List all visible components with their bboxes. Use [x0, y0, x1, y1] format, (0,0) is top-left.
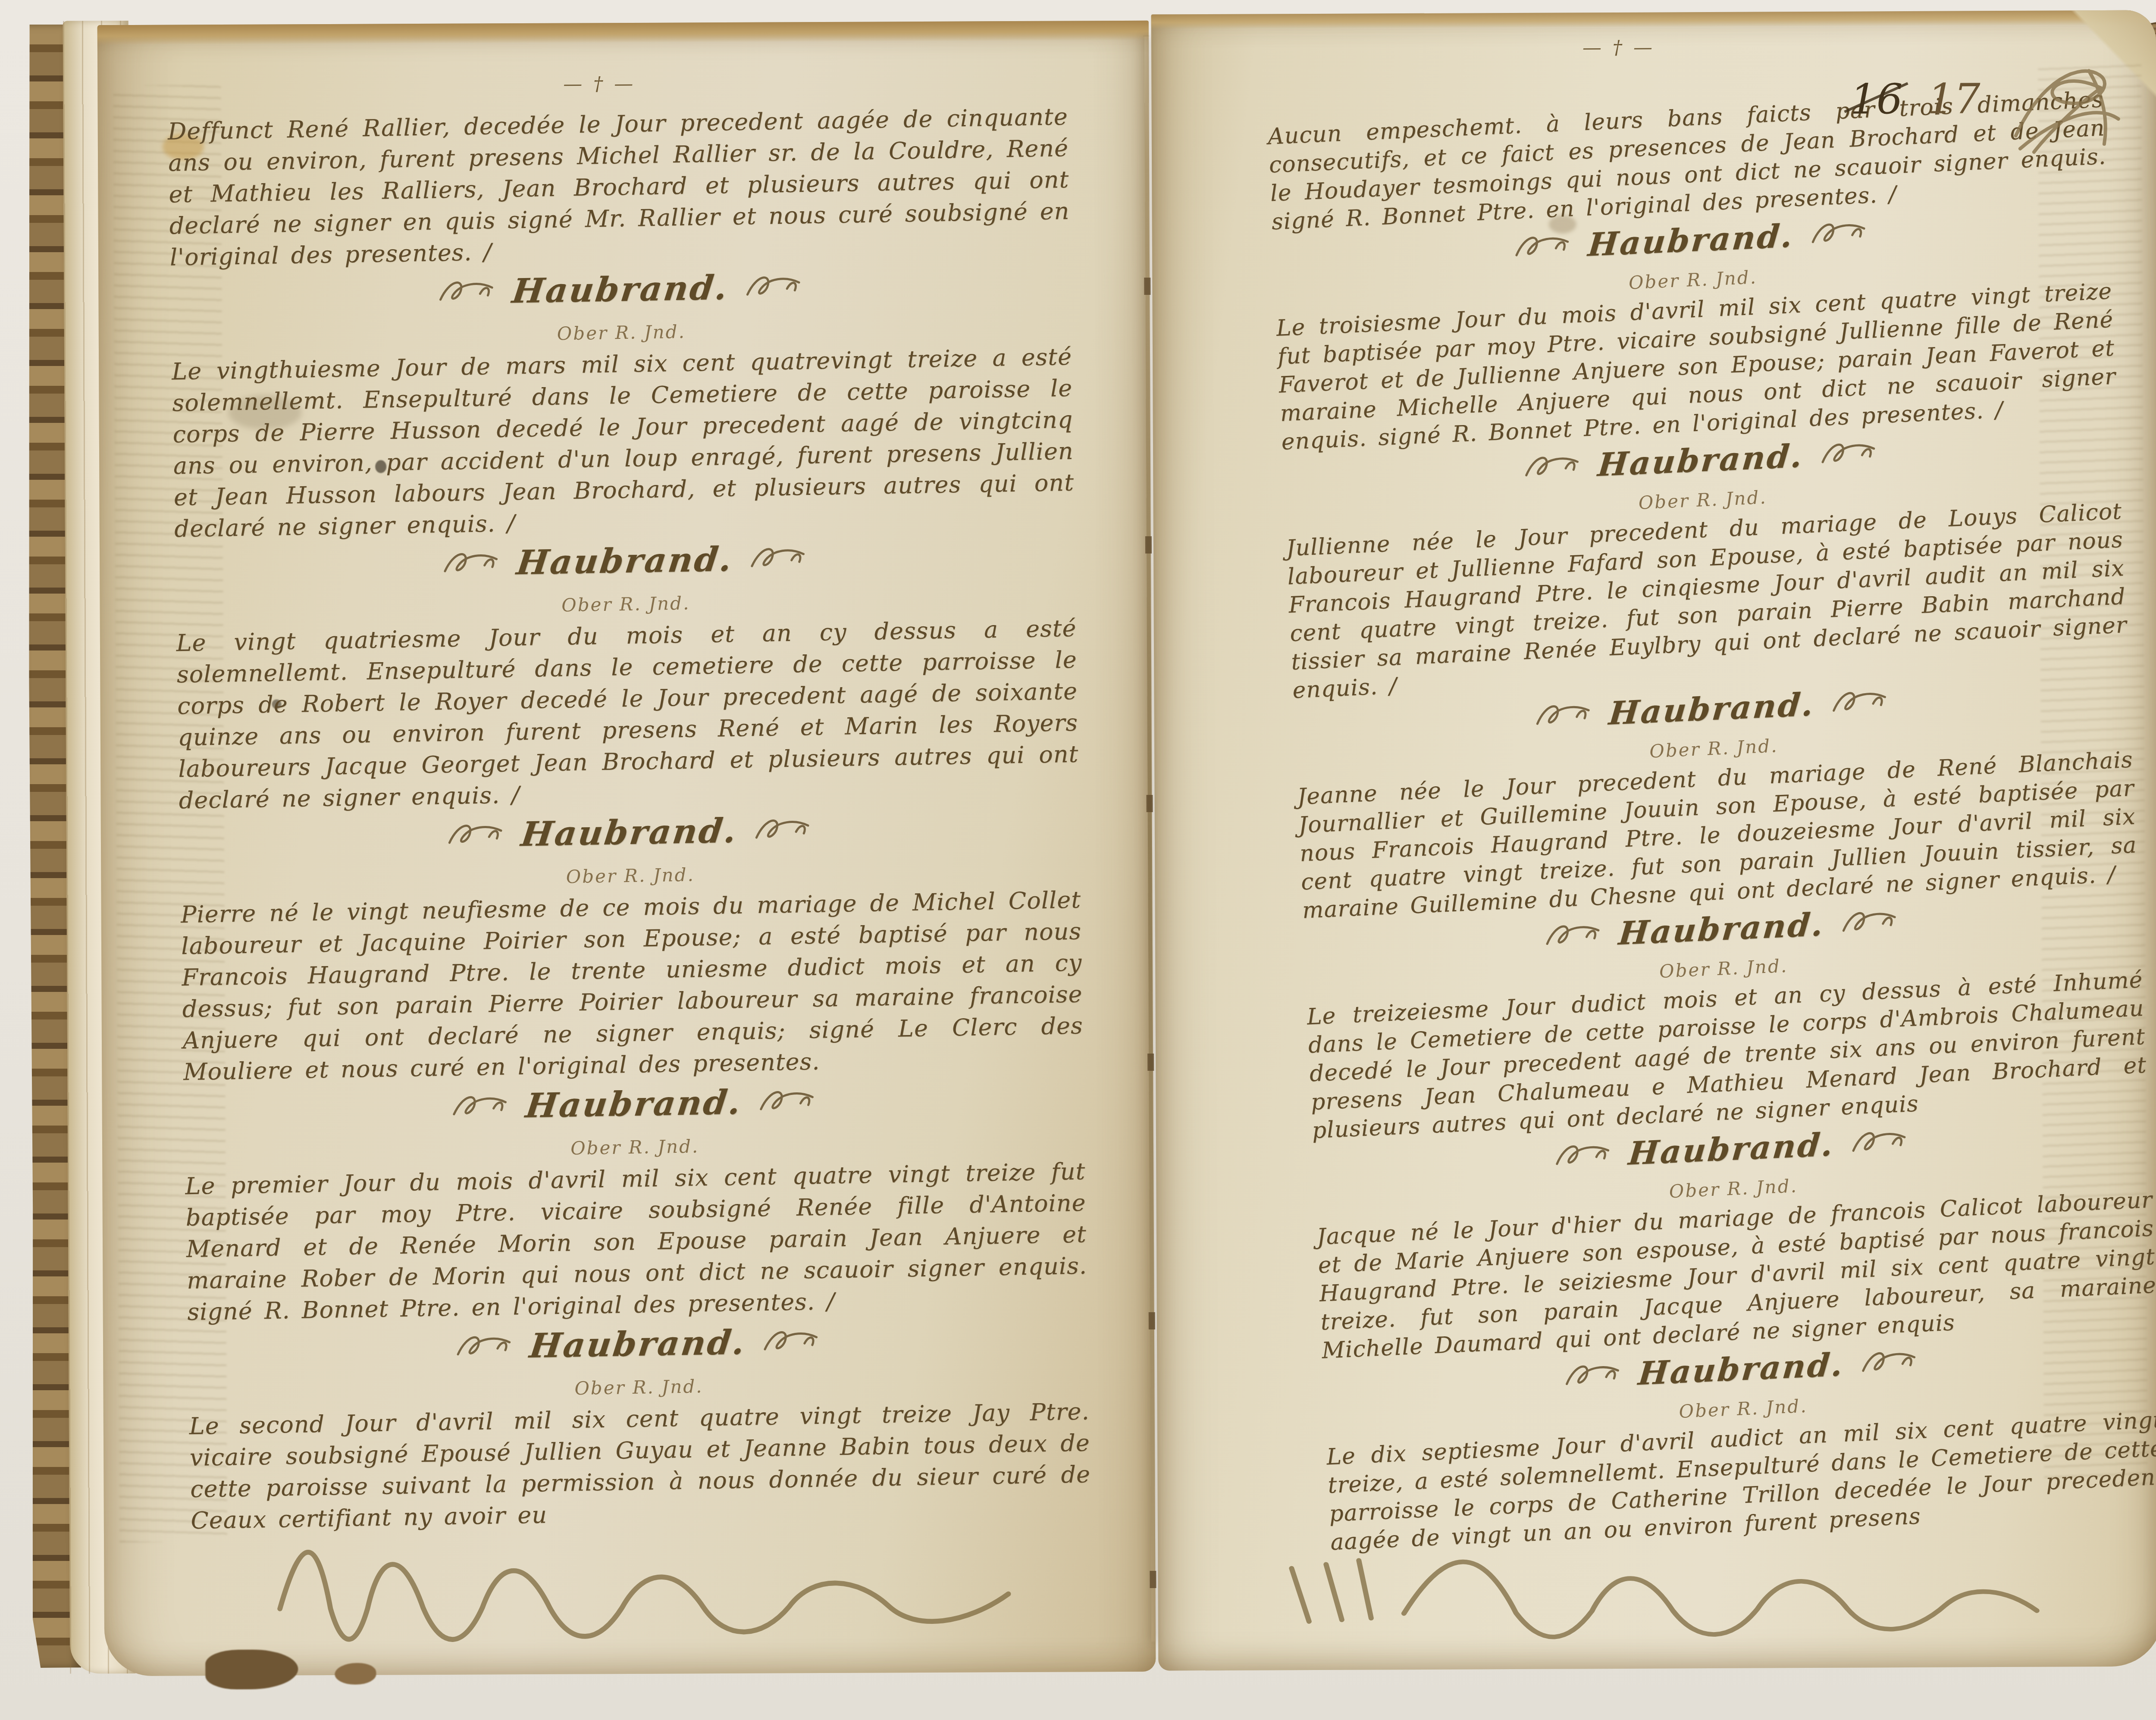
register-entry: Deffunct René Rallier, decedée le Jour p…	[167, 101, 1071, 317]
signature-paraph-flourish	[1837, 904, 1903, 941]
register-entry: Ober R. Jnd.Le premier Jour du mois d'av…	[185, 1129, 1088, 1372]
signature-paraph-flourish	[439, 546, 504, 581]
priest-signature: Haubrand.	[1586, 217, 1796, 264]
signature-paraph-flourish	[1847, 1124, 1913, 1161]
page-bottom-pen-flourish	[268, 1514, 1027, 1659]
page-number: 17	[1927, 75, 1981, 123]
register-entry: Aucun empeschemt. à leurs bans faicts pa…	[1267, 85, 2110, 278]
signature-paraph-flourish	[741, 269, 806, 304]
entry-handwritten-text: Le premier Jour du mois d'avril mil six …	[185, 1156, 1088, 1328]
signature-paraph-flourish	[1827, 684, 1893, 721]
priest-signature: Haubrand.	[527, 1323, 749, 1366]
page-bottom-pen-flourish	[1274, 1520, 2051, 1652]
entry-handwritten-text: Pierre né le vingt neufiesme de ce mois …	[181, 884, 1084, 1088]
priest-signature: Haubrand.	[519, 811, 740, 854]
torn-page-fragment	[205, 1649, 298, 1689]
signature-paraph-flourish	[1551, 1137, 1617, 1175]
signature-paraph-flourish	[1541, 917, 1607, 954]
page-number-struck-out: 16	[1850, 75, 1903, 124]
signature-paraph-flourish	[746, 541, 811, 576]
priest-signature: Haubrand.	[1637, 1346, 1846, 1393]
register-entry: Ober R. Jnd.Jacque né le Jour d'hier du …	[1315, 1160, 2156, 1407]
right-page: — † — 16 17 Aucun empeschemt. à leurs ba…	[1151, 10, 2156, 1670]
signature-paraph-flourish	[1816, 435, 1882, 473]
manuscript-photograph: — † — Deffunct René Rallier, decedée le …	[0, 0, 2156, 1720]
priest-signature: Haubrand.	[1627, 1126, 1836, 1173]
register-entry: Ober R. Jnd.Jeanne née le Jour precedent…	[1295, 719, 2140, 966]
left-page-entries: Deffunct René Rallier, decedée le Jour p…	[167, 101, 1091, 1549]
right-page-entries: Aucun empeschemt. à leurs bans faicts pa…	[1267, 85, 2156, 1567]
page-top-cross-mark: — † —	[1583, 37, 1655, 59]
signature-paraph-flourish	[1806, 215, 1872, 253]
entry-handwritten-text: Le vingthuiesme Jour de mars mil six cen…	[172, 341, 1075, 545]
register-entry: Ober R. Jnd.Jullienne née le Jour preced…	[1285, 471, 2131, 746]
priest-signature: Haubrand.	[1617, 906, 1826, 953]
left-page: — † — Deffunct René Rallier, decedée le …	[97, 21, 1156, 1676]
priest-signature: Haubrand.	[523, 1083, 745, 1126]
register-entry: Ober R. Jnd.Pierre né le vingt neufiesme…	[180, 858, 1084, 1132]
open-register-book: — † — Deffunct René Rallier, decedée le …	[26, 3, 2156, 1683]
signature-paraph-flourish	[759, 1324, 824, 1359]
priest-signature: Haubrand.	[1608, 686, 1817, 732]
register-entry: Ober R. Jnd.Le troisiesme Jour du mois d…	[1275, 251, 2120, 498]
priest-signature: Haubrand.	[514, 540, 736, 583]
signature-paraph-flourish	[452, 1329, 517, 1364]
signature-paraph-flourish	[1531, 697, 1597, 735]
register-entry: Ober R. Jnd.Le treizeiesme Jour dudict m…	[1305, 939, 2150, 1186]
folio-page-numbers: 16 17	[1850, 75, 1981, 123]
entry-handwritten-text: Deffunct René Rallier, decedée le Jour p…	[167, 101, 1070, 273]
signature-paraph-flourish	[435, 274, 500, 310]
signature-paraph-flourish	[444, 817, 509, 853]
torn-page-fragment	[335, 1663, 376, 1685]
signature-paraph-flourish	[1510, 228, 1576, 266]
page-top-cross-mark: — † —	[563, 73, 636, 95]
corner-ink-doodle	[2002, 45, 2132, 175]
signature-paraph-flourish	[448, 1089, 513, 1124]
priest-signature: Haubrand.	[510, 268, 731, 311]
register-entry: Ober R. Jnd.Le vingt quatriesme Jour du …	[175, 586, 1080, 860]
signature-paraph-flourish	[1520, 448, 1586, 486]
entry-handwritten-text: Le vingt quatriesme Jour du mois et an c…	[176, 613, 1079, 816]
signature-paraph-flourish	[1856, 1344, 1922, 1382]
register-entry: Ober R. Jnd.Le second Jour d'avril mil s…	[188, 1369, 1091, 1536]
register-entry: Ober R. Jnd.Le vingthuiesme Jour de mars…	[171, 315, 1076, 588]
signature-paraph-flourish	[750, 812, 815, 847]
entry-handwritten-text: Jullienne née le Jour precedent du maria…	[1285, 497, 2129, 705]
priest-signature: Haubrand.	[1596, 438, 1805, 484]
signature-paraph-flourish	[755, 1084, 820, 1119]
signature-paraph-flourish	[1560, 1357, 1626, 1395]
